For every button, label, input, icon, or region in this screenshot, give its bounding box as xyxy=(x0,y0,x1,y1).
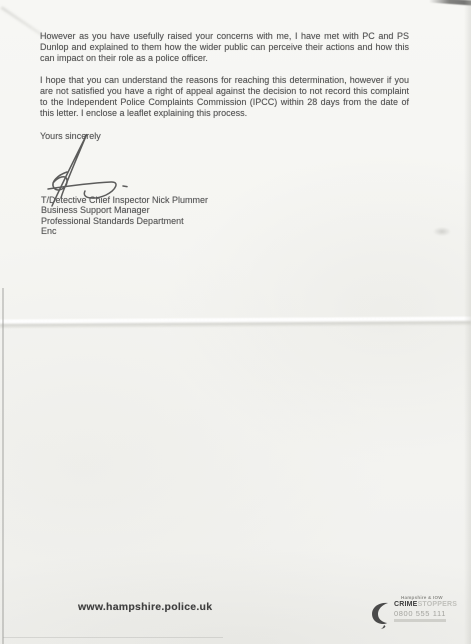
crimestoppers-tagline-bar xyxy=(394,619,446,622)
website-url: www.hampshire.police.uk xyxy=(78,601,212,613)
scan-edge-left xyxy=(2,288,4,644)
paper-fold-crease xyxy=(0,317,471,329)
scan-edge-right xyxy=(464,0,471,644)
enclosure-note: Enc xyxy=(41,226,208,236)
paper-smudge xyxy=(433,227,451,236)
crimestoppers-brand: CRIMESTOPPERS xyxy=(394,601,457,609)
signatory-name: T/Detective Chief Inspector Nick Plummer xyxy=(41,195,208,205)
crimestoppers-text: Hampshire & IOW CRIMESTOPPERS 0800 555 1… xyxy=(394,595,457,622)
signatory-department: Professional Standards Department xyxy=(41,216,208,226)
scan-edge-bottom xyxy=(3,637,223,638)
scanned-letter-page: However as you have usefully raised your… xyxy=(0,0,471,644)
crimestoppers-phone: 0800 555 111 xyxy=(394,609,457,618)
crimestoppers-speech-bubble-icon xyxy=(371,602,391,629)
signatory-block: T/Detective Chief Inspector Nick Plummer… xyxy=(41,195,208,237)
crimestoppers-brand-bold: CRIME xyxy=(394,601,418,608)
signatory-title: Business Support Manager xyxy=(41,205,208,215)
paragraph-appeal-rights: I hope that you can understand the reaso… xyxy=(40,75,409,119)
crimestoppers-logo: Hampshire & IOW CRIMESTOPPERS 0800 555 1… xyxy=(371,595,457,629)
paragraph-meeting: However as you have usefully raised your… xyxy=(40,31,409,64)
crimestoppers-brand-light: STOPPERS xyxy=(418,601,458,608)
letter-body: However as you have usefully raised your… xyxy=(40,31,409,142)
